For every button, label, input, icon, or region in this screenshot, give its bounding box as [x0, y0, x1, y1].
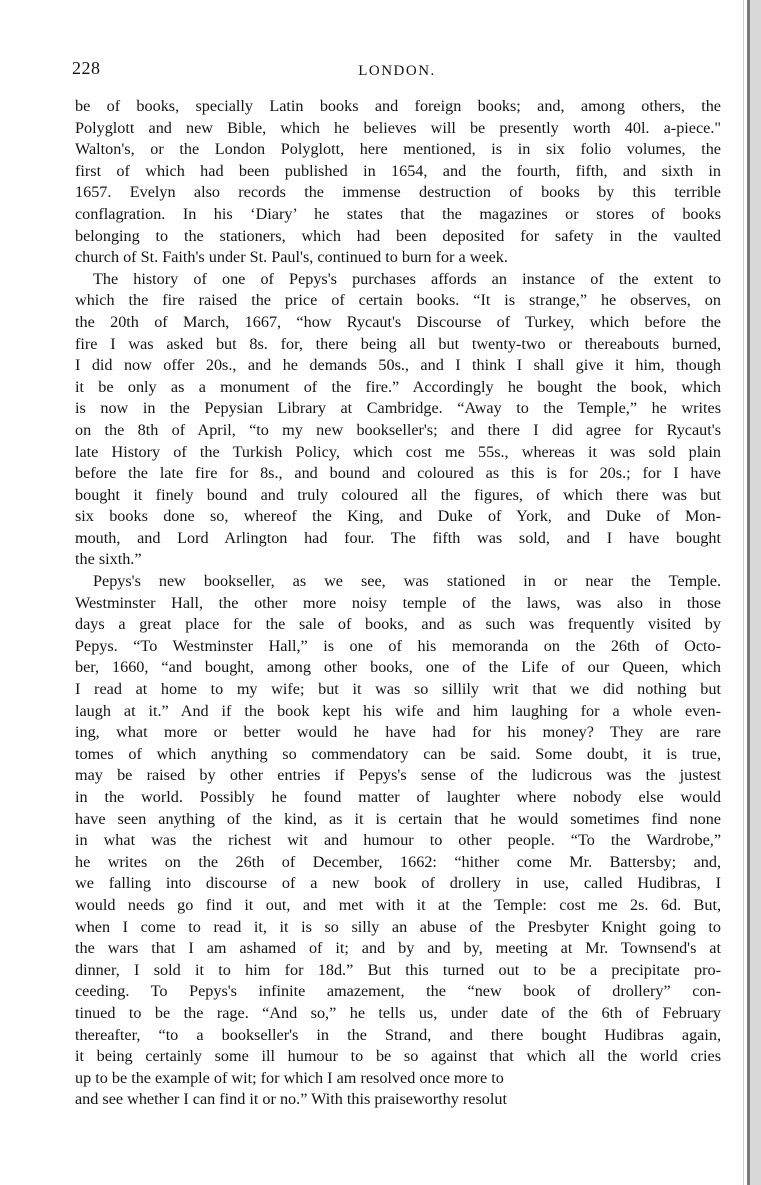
page-edge-line	[743, 0, 744, 1185]
text-line: belonging to the stationers, which had b…	[75, 226, 721, 248]
text-line: the 20th of March, 1667, “how Rycaut's D…	[75, 312, 721, 334]
text-line: ceeding. To Pepys's infinite amazement, …	[75, 981, 721, 1003]
binding-gutter-shade	[750, 0, 761, 1185]
text-line: on the 8th of April, “to my new booksell…	[75, 420, 721, 442]
text-line: mouth, and Lord Arlington had four. The …	[75, 528, 721, 550]
running-head: 228 LONDON.	[72, 58, 722, 84]
text-line: thereafter, “to a bookseller's in the St…	[75, 1025, 721, 1047]
text-line: days a great place for the sale of books…	[75, 614, 721, 636]
text-line: which the fire raised the price of certa…	[75, 290, 721, 312]
text-line: the wars that I am ashamed of it; and by…	[75, 938, 721, 960]
text-line: the sixth.”	[75, 549, 721, 571]
text-line: I read at home to my wife; but it was so…	[75, 679, 721, 701]
text-line: dinner, I sold it to him for 18d.” But t…	[75, 960, 721, 982]
text-line: ber, 1660, “and bought, among other book…	[75, 657, 721, 679]
text-line: in what was the richest wit and humour t…	[75, 830, 721, 852]
text-line: bought it finely bound and truly coloure…	[75, 485, 721, 507]
text-line: ing, what more or better would he have h…	[75, 722, 721, 744]
text-line: conflagration. In his ‘Diary’ he states …	[75, 204, 721, 226]
text-line: I did now offer 20s., and he demands 50s…	[75, 355, 721, 377]
text-line: six books done so, whereof the King, and…	[75, 506, 721, 528]
text-line: tinued to be the rage. “And so,” he tell…	[75, 1003, 721, 1025]
book-page: 228 LONDON. be of books, specially Latin…	[0, 0, 740, 1185]
text-line: Westminster Hall, the other more noisy t…	[75, 593, 721, 615]
text-line: is now in the Pepysian Library at Cambri…	[75, 398, 721, 420]
text-line: would needs go find it out, and met with…	[75, 895, 721, 917]
text-line: have seen anything of the kind, as it is…	[75, 809, 721, 831]
text-line: late History of the Turkish Policy, whic…	[75, 442, 721, 464]
text-line: may be raised by other entries if Pepys'…	[75, 765, 721, 787]
text-line: 1657. Evelyn also records the immense de…	[75, 182, 721, 204]
text-line: laugh at it.” And if the book kept his w…	[75, 701, 721, 723]
text-line: and see whether I can find it or no.” Wi…	[75, 1089, 721, 1111]
text-line: Walton's, or the London Polyglott, here …	[75, 139, 721, 161]
text-line: Pepys. “To Westminster Hall,” is one of …	[75, 636, 721, 658]
running-title: LONDON.	[72, 63, 722, 80]
paragraph-first-line: The history of one of Pepys's purchases …	[75, 269, 721, 291]
text-line: before the late fire for 8s., and bound …	[75, 463, 721, 485]
paragraph-first-line: Pepys's new bookseller, as we see, was s…	[75, 571, 721, 593]
text-line: it being certainly some ill humour to be…	[75, 1046, 721, 1068]
text-line: in the world. Possibly he found matter o…	[75, 787, 721, 809]
text-line: be of books, specially Latin books and f…	[75, 96, 721, 118]
text-line: first of which had been published in 165…	[75, 161, 721, 183]
text-line: up to be the example of wit; for which I…	[75, 1068, 721, 1090]
text-line: fire I was asked but 8s. for, there bein…	[75, 334, 721, 356]
text-line: he writes on the 26th of December, 1662:…	[75, 852, 721, 874]
text-line: Polyglott and new Bible, which he believ…	[75, 118, 721, 140]
text-line: tomes of which anything so commendatory …	[75, 744, 721, 766]
text-line: church of St. Faith's under St. Paul's, …	[75, 247, 721, 269]
body-text: be of books, specially Latin books and f…	[75, 96, 721, 1111]
text-line: when I come to read it, it is so silly a…	[75, 917, 721, 939]
text-line: we falling into discourse of a new book …	[75, 873, 721, 895]
text-line: it be only as a monument of the fire.” A…	[75, 377, 721, 399]
